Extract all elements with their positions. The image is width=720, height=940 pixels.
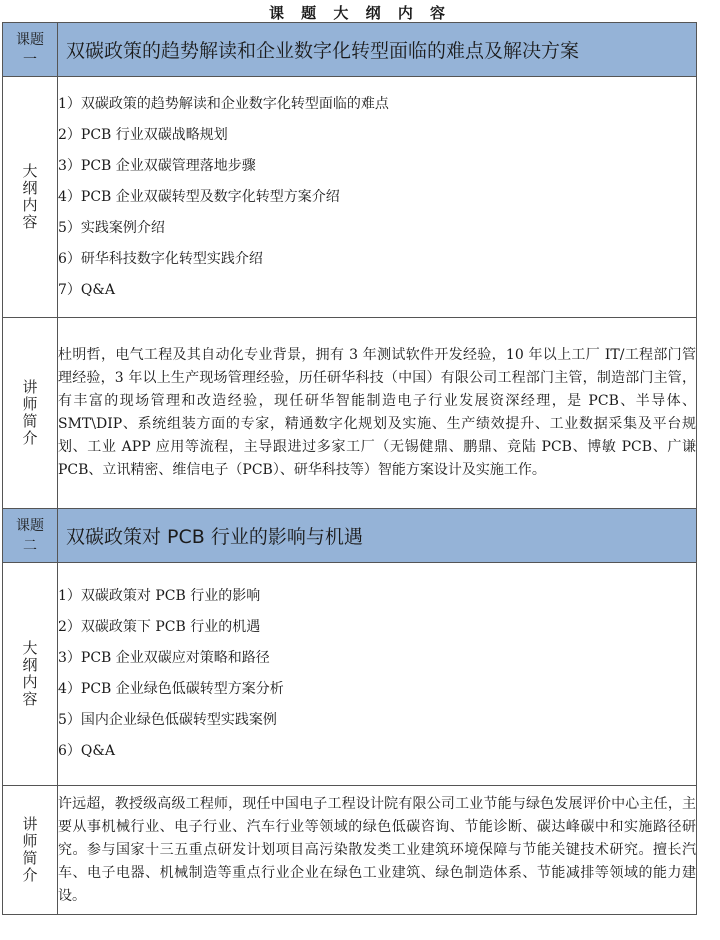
outline-content: 1）双碳政策的趋势解读和企业数字化转型面临的难点 2）PCB 行业双碳战略规划 … — [58, 77, 697, 318]
list-item: 1）双碳政策的趋势解读和企业数字化转型面临的难点 — [58, 89, 696, 120]
list-item: 6）研华科技数字化转型实践介绍 — [58, 244, 696, 275]
topic-1-title: 双碳政策的趋势解读和企业数字化转型面临的难点及解决方案 — [58, 23, 697, 77]
list-item: 3）PCB 企业双碳应对策略和路径 — [58, 643, 696, 674]
list-item: 2）双碳政策下 PCB 行业的机遇 — [58, 612, 696, 643]
label-char: 内 — [3, 674, 57, 691]
label-char: 介 — [3, 867, 57, 884]
bio-label: 讲 师 简 介 — [3, 786, 58, 915]
list-item: 1）双碳政策对 PCB 行业的影响 — [58, 581, 696, 612]
list-item: 7）Q&A — [58, 275, 696, 306]
topic-1-outline-row: 大 纲 内 容 1）双碳政策的趋势解读和企业数字化转型面临的难点 2）PCB 行… — [3, 77, 697, 318]
topic-label-line: 课题 — [3, 516, 57, 536]
topic-1-bio-row: 讲 师 简 介 杜明哲，电气工程及其自动化专业背景，拥有 3 年测试软件开发经验… — [3, 318, 697, 509]
list-item: 3）PCB 企业双碳管理落地步骤 — [58, 151, 696, 182]
label-char: 大 — [3, 163, 57, 180]
bio-label: 讲 师 简 介 — [3, 318, 58, 509]
label-char: 容 — [3, 214, 57, 231]
outline-label: 大 纲 内 容 — [3, 563, 58, 786]
list-item: 6）Q&A — [58, 736, 696, 767]
list-item: 4）PCB 企业双碳转型及数字化转型方案介绍 — [58, 182, 696, 213]
label-char: 讲 — [3, 379, 57, 396]
list-item: 2）PCB 行业双碳战略规划 — [58, 120, 696, 151]
outline-list: 1）双碳政策对 PCB 行业的影响 2）双碳政策下 PCB 行业的机遇 3）PC… — [58, 581, 696, 767]
instructor-bio: 许远超，教授级高级工程师，现任中国电子工程设计院有限公司工业节能与绿色发展评价中… — [58, 793, 696, 908]
label-char: 纲 — [3, 180, 57, 197]
topic-2-outline-row: 大 纲 内 容 1）双碳政策对 PCB 行业的影响 2）双碳政策下 PCB 行业… — [3, 563, 697, 786]
list-item: 5）实践案例介绍 — [58, 213, 696, 244]
topic-label-line: 一 — [3, 50, 57, 70]
label-char: 师 — [3, 396, 57, 413]
label-char: 内 — [3, 197, 57, 214]
topic-2-bio-row: 讲 师 简 介 许远超，教授级高级工程师，现任中国电子工程设计院有限公司工业节能… — [3, 786, 697, 915]
topic-1-label: 课题 一 — [3, 23, 58, 77]
label-char: 师 — [3, 833, 57, 850]
list-item: 5）国内企业绿色低碳转型实践案例 — [58, 705, 696, 736]
instructor-bio: 杜明哲，电气工程及其自动化专业背景，拥有 3 年测试软件开发经验，10 年以上工… — [58, 344, 696, 482]
topic-label-line: 二 — [3, 536, 57, 556]
outline-list: 1）双碳政策的趋势解读和企业数字化转型面临的难点 2）PCB 行业双碳战略规划 … — [58, 89, 696, 306]
topic-2-label: 课题 二 — [3, 509, 58, 563]
outline-content: 1）双碳政策对 PCB 行业的影响 2）双碳政策下 PCB 行业的机遇 3）PC… — [58, 563, 697, 786]
label-char: 简 — [3, 850, 57, 867]
label-char: 介 — [3, 430, 57, 447]
label-char: 纲 — [3, 657, 57, 674]
label-char: 简 — [3, 413, 57, 430]
topic-2-header-row: 课题 二 双碳政策对 PCB 行业的影响与机遇 — [3, 509, 697, 563]
topic-1-header-row: 课题 一 双碳政策的趋势解读和企业数字化转型面临的难点及解决方案 — [3, 23, 697, 77]
outline-label: 大 纲 内 容 — [3, 77, 58, 318]
document-title: 课 题 大 纲 内 容 — [0, 2, 720, 23]
bio-content: 许远超，教授级高级工程师，现任中国电子工程设计院有限公司工业节能与绿色发展评价中… — [58, 786, 697, 915]
label-char: 容 — [3, 691, 57, 708]
course-outline-table: 课题 一 双碳政策的趋势解读和企业数字化转型面临的难点及解决方案 大 纲 内 容… — [2, 22, 697, 915]
topic-label-line: 课题 — [3, 30, 57, 50]
label-char: 讲 — [3, 816, 57, 833]
topic-2-title: 双碳政策对 PCB 行业的影响与机遇 — [58, 509, 697, 563]
label-char: 大 — [3, 640, 57, 657]
list-item: 4）PCB 企业绿色低碳转型方案分析 — [58, 674, 696, 705]
bio-content: 杜明哲，电气工程及其自动化专业背景，拥有 3 年测试软件开发经验，10 年以上工… — [58, 318, 697, 509]
